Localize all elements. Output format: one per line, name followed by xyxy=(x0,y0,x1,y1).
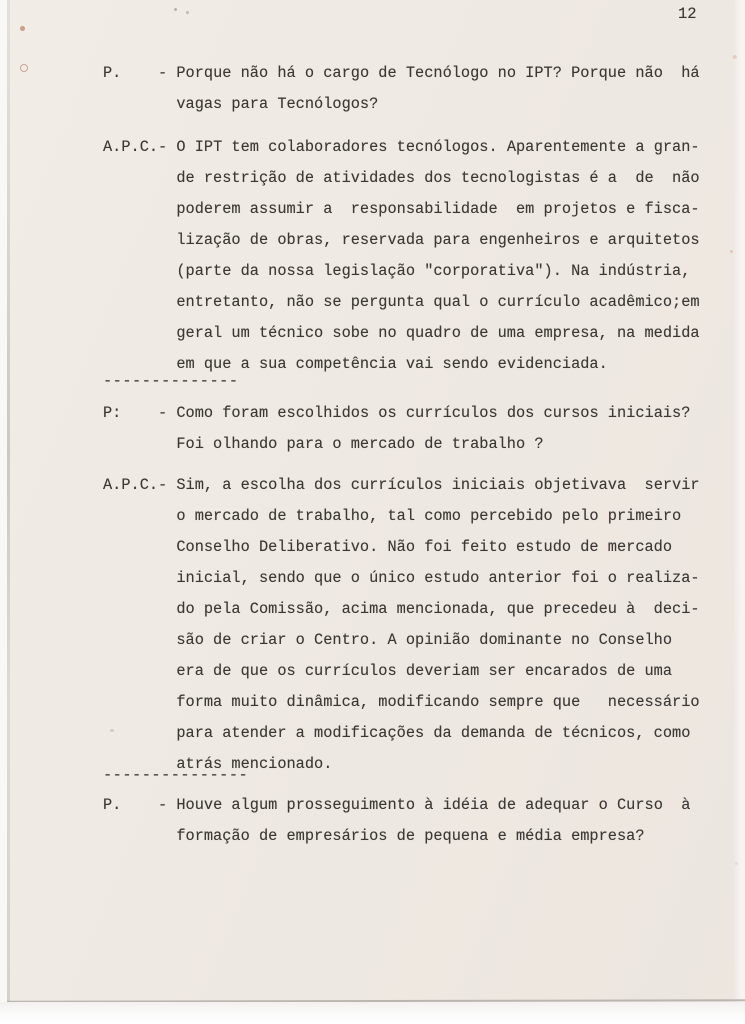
qa-block-answer-2: A.P.C. - Sim, a escolha dos currículos i… xyxy=(103,470,715,780)
qa-block-answer-1: A.P.C. - O IPT tem colaboradores tecnólo… xyxy=(103,132,715,380)
qa-text: - Sim, a escolha dos currículos iniciais… xyxy=(158,470,715,780)
text-line: poderem assumir a responsabilidade em pr… xyxy=(158,194,715,225)
typed-content: P. - Porque não há o cargo de Tecnólogo … xyxy=(103,58,715,852)
text-line: para atender a modificações da demanda d… xyxy=(158,718,715,749)
text-line: de restrição de atividades dos tecnologi… xyxy=(158,163,715,194)
paper-right-edge xyxy=(733,0,745,1002)
text-line: são de criar o Centro. A opinião dominan… xyxy=(158,625,715,656)
paper-speck xyxy=(186,11,189,14)
page-number: 12 xyxy=(678,4,697,24)
paper-speck xyxy=(174,8,177,11)
scanner-background xyxy=(0,1002,745,1024)
text-line: - Sim, a escolha dos currículos iniciais… xyxy=(158,470,715,501)
text-line: inicial, sendo que o único estudo anteri… xyxy=(158,563,715,594)
qa-block-question-2: P: - Como foram escolhidos os currículos… xyxy=(103,398,715,460)
text-line: do pela Comissão, acima mencionada, que … xyxy=(158,594,715,625)
speaker-label: A.P.C. xyxy=(103,132,158,163)
qa-block-question-1: P. - Porque não há o cargo de Tecnólogo … xyxy=(103,58,715,120)
qa-text: - Porque não há o cargo de Tecnólogo no … xyxy=(158,58,715,120)
speaker-label: A.P.C. xyxy=(103,470,158,501)
text-line: - Como foram escolhidos os currículos do… xyxy=(158,398,715,429)
text-line: entretanto, não se pergunta qual o currí… xyxy=(158,287,715,318)
text-line: Foi olhando para o mercado de trabalho ? xyxy=(158,429,715,460)
text-line: Conselho Deliberativo. Não foi feito est… xyxy=(158,532,715,563)
text-line: forma muito dinâmica, modificando sempre… xyxy=(158,687,715,718)
paper-left-edge-line xyxy=(7,0,10,1002)
text-line: era de que os currículos deveriam ser en… xyxy=(158,656,715,687)
speaker-label: P. xyxy=(103,58,158,89)
paper-speck xyxy=(20,64,28,72)
speaker-label: P. xyxy=(103,790,158,821)
text-line: - Houve algum prosseguimento à idéia de … xyxy=(158,790,715,821)
text-line: (parte da nossa legislação "corporativa"… xyxy=(158,256,715,287)
qa-text: - O IPT tem colaboradores tecnólogos. Ap… xyxy=(158,132,715,380)
text-line: geral um técnico sobe no quadro de uma e… xyxy=(158,318,715,349)
text-line: lização de obras, reservada para engenhe… xyxy=(158,225,715,256)
text-line: vagas para Tecnólogos? xyxy=(158,89,715,120)
paper-speck xyxy=(110,729,114,732)
scanner-left-edge xyxy=(0,0,7,1002)
document-page: 12 P. - Porque não há o cargo de Tecnólo… xyxy=(0,0,745,1002)
text-line: formação de empresários de pequena e méd… xyxy=(158,821,715,852)
qa-block-question-3: P. - Houve algum prosseguimento à idéia … xyxy=(103,790,715,852)
qa-text: - Como foram escolhidos os currículos do… xyxy=(158,398,715,460)
scanned-page: 12 P. - Porque não há o cargo de Tecnólo… xyxy=(0,0,745,1024)
text-line: - Porque não há o cargo de Tecnólogo no … xyxy=(158,58,715,89)
text-line: o mercado de trabalho, tal como percebid… xyxy=(158,501,715,532)
text-line: em que a sua competência vai sendo evide… xyxy=(158,349,715,380)
qa-text: - Houve algum prosseguimento à idéia de … xyxy=(158,790,715,852)
speaker-label: P: xyxy=(103,398,158,429)
text-line: - O IPT tem colaboradores tecnólogos. Ap… xyxy=(158,132,715,163)
paper-speck xyxy=(20,26,25,31)
